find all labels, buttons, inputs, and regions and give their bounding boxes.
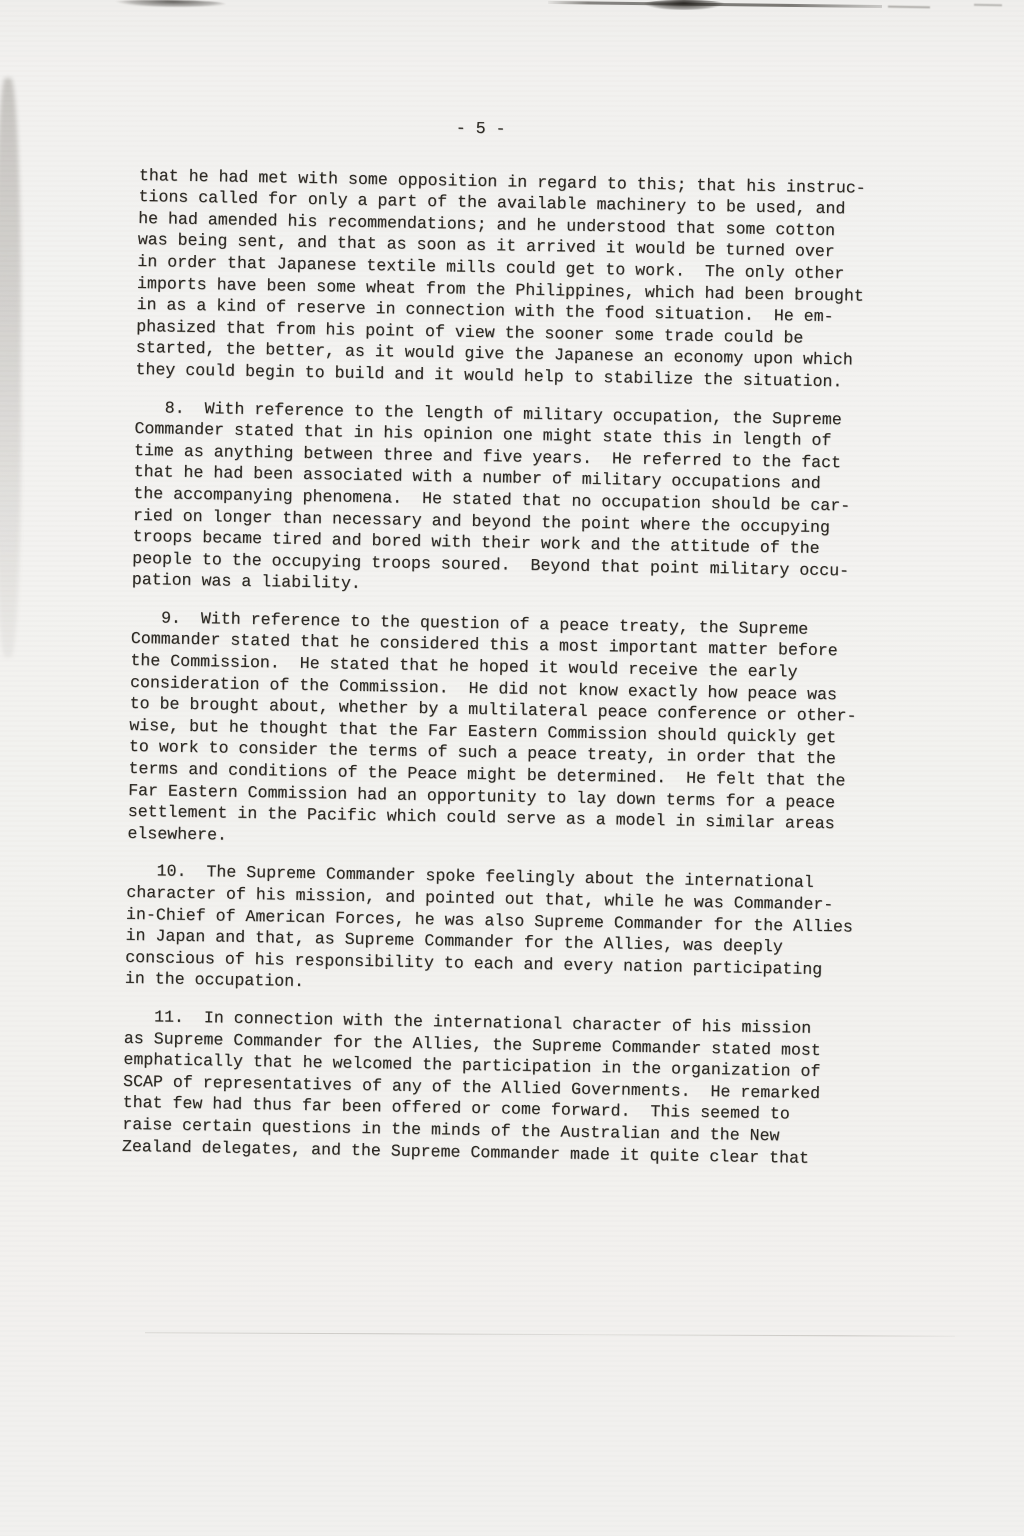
page-number: - 5 -	[456, 118, 930, 148]
paragraph-11: 11. In connection with the international…	[122, 1006, 915, 1171]
ink-streak-top	[548, 1, 882, 8]
paragraph-8: 8. With reference to the length of milit…	[132, 396, 925, 604]
ink-blob-top-center	[638, 0, 730, 10]
scanner-edge-noise	[0, 78, 21, 658]
ink-smudge-top-left	[108, 0, 226, 8]
scan-scratch-line	[145, 1332, 955, 1337]
typed-text-block: - 5 - that he had met with some oppositi…	[121, 112, 929, 1187]
ink-dash-top-right-1	[888, 6, 930, 9]
scanned-document-page: - 5 - that he had met with some oppositi…	[0, 0, 1024, 1536]
paragraph-continuation: that he had met with some opposition in …	[135, 165, 929, 395]
document-body: that he had met with some opposition in …	[122, 165, 929, 1171]
paragraph-10: 10. The Supreme Commander spoke feelingl…	[125, 860, 917, 1003]
ink-dash-top-right-2	[974, 4, 1002, 6]
paragraph-9: 9. With reference to the question of a p…	[127, 607, 921, 858]
